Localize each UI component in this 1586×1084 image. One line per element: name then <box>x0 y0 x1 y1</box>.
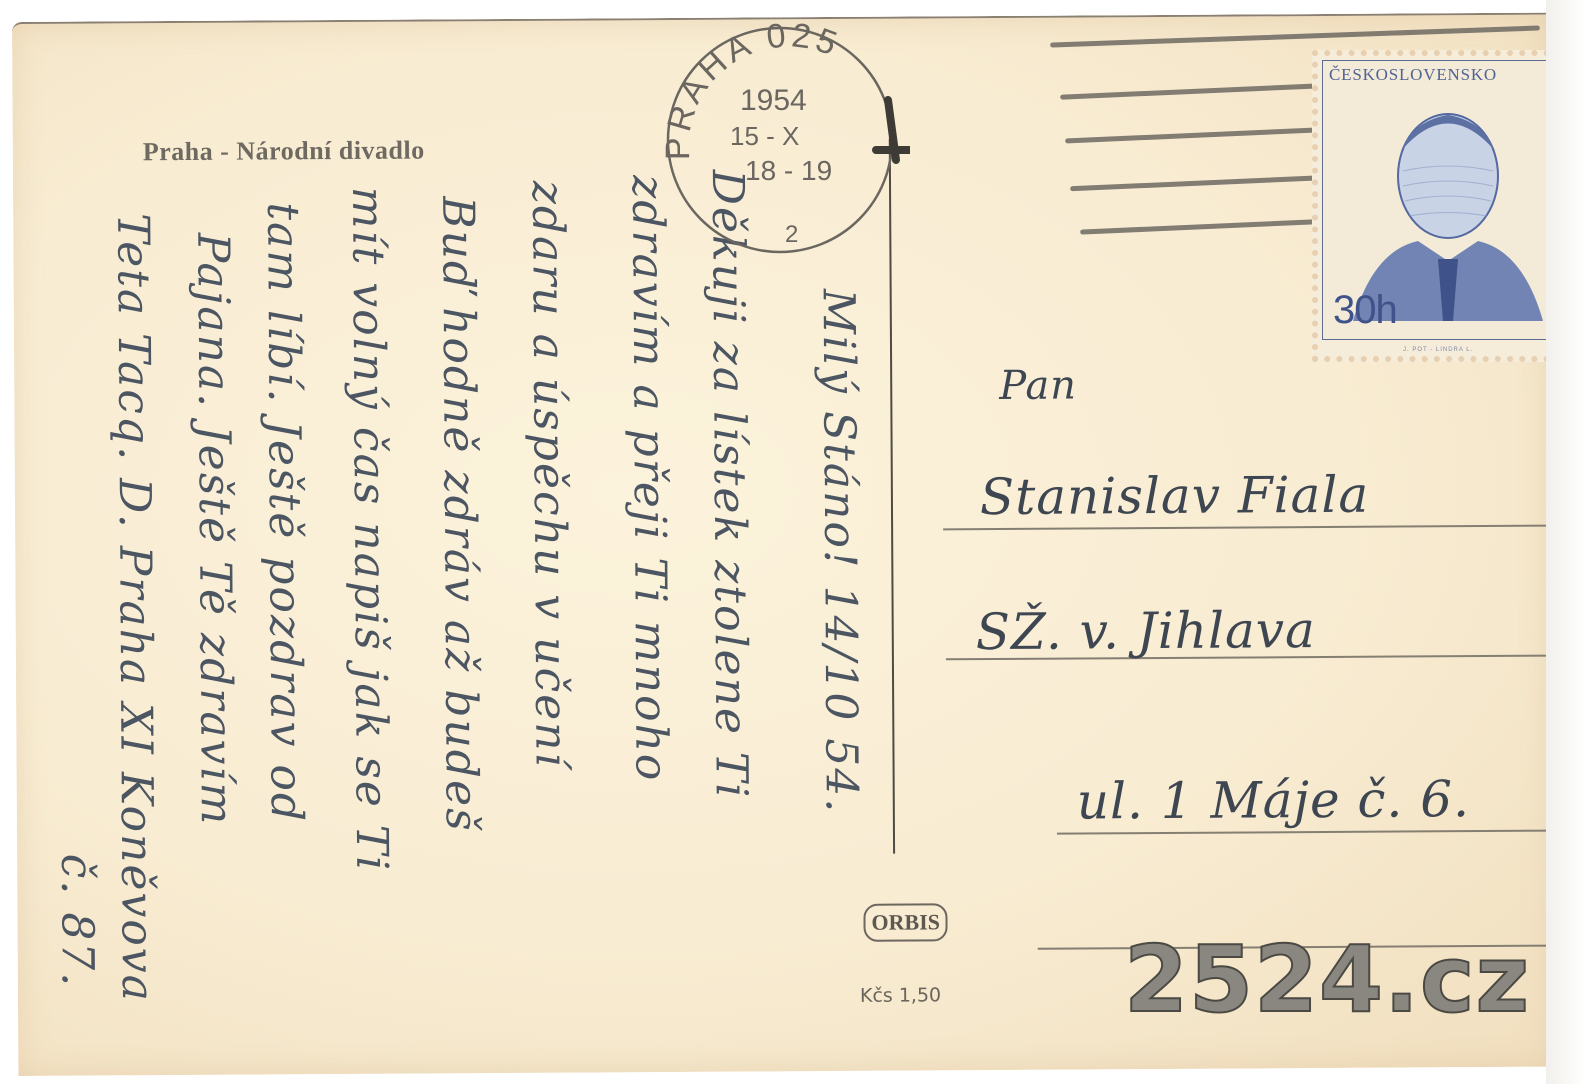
postmark-number: 2 <box>785 221 798 248</box>
address-rule <box>1057 830 1551 835</box>
address-salutation: Pan <box>999 363 1077 409</box>
portrait-icon <box>1343 91 1543 321</box>
address-name: Stanislav Fiala <box>980 466 1370 526</box>
card-price: Kčs 1,50 <box>860 984 941 1006</box>
postmark-date: 15 - X <box>730 121 799 151</box>
message-line: Teta Tacq. D. Praha XI Koněvova <box>107 213 163 1003</box>
message-line: zdaru a úspěchu v učení <box>522 181 577 769</box>
watermark: 2524.cz <box>1124 926 1530 1033</box>
message-line: mít volný čas napiš jak se Ti <box>342 187 397 873</box>
message-line: zdravím a přeji Ti mnoho <box>622 175 677 783</box>
message-line: Buď hodně zdráv až budeš <box>432 196 487 833</box>
address-line-2: SŽ. v. Jihlava <box>976 601 1316 661</box>
message-line: tam líbí. Ještě pozdrav od <box>257 202 312 823</box>
card-caption: Praha - Národní divadlo <box>143 135 425 167</box>
stamp-value: 30h <box>1333 288 1397 333</box>
stamp-printer: J. POT - LINDRA L. <box>1403 347 1473 353</box>
stamp-frame: ČESKOSLOVENSKO 30h J. POT - LINDRA L. <box>1322 60 1552 340</box>
postage-stamp: ČESKOSLOVENSKO 30h J. POT - LINDRA L. <box>1312 50 1562 362</box>
message-line: Pajana. Ještě Tě zdravím <box>187 233 242 827</box>
message-line: č. 87. <box>51 853 103 988</box>
postmark-year: 1954 <box>740 84 807 117</box>
postmark-icon: PRAHA 025 1954 15 - X 18 - 19 2 <box>650 10 910 265</box>
message-line: Milý Stáno! 14/10 54. <box>813 289 867 815</box>
address-line-3: ul. 1 Máje č. 6. <box>1077 770 1471 830</box>
postmark-time: 18 - 19 <box>745 155 832 186</box>
publisher-logo: ORBIS <box>863 903 948 942</box>
scan-edge <box>1546 0 1586 1084</box>
stamp-country: ČESKOSLOVENSKO <box>1329 65 1497 85</box>
